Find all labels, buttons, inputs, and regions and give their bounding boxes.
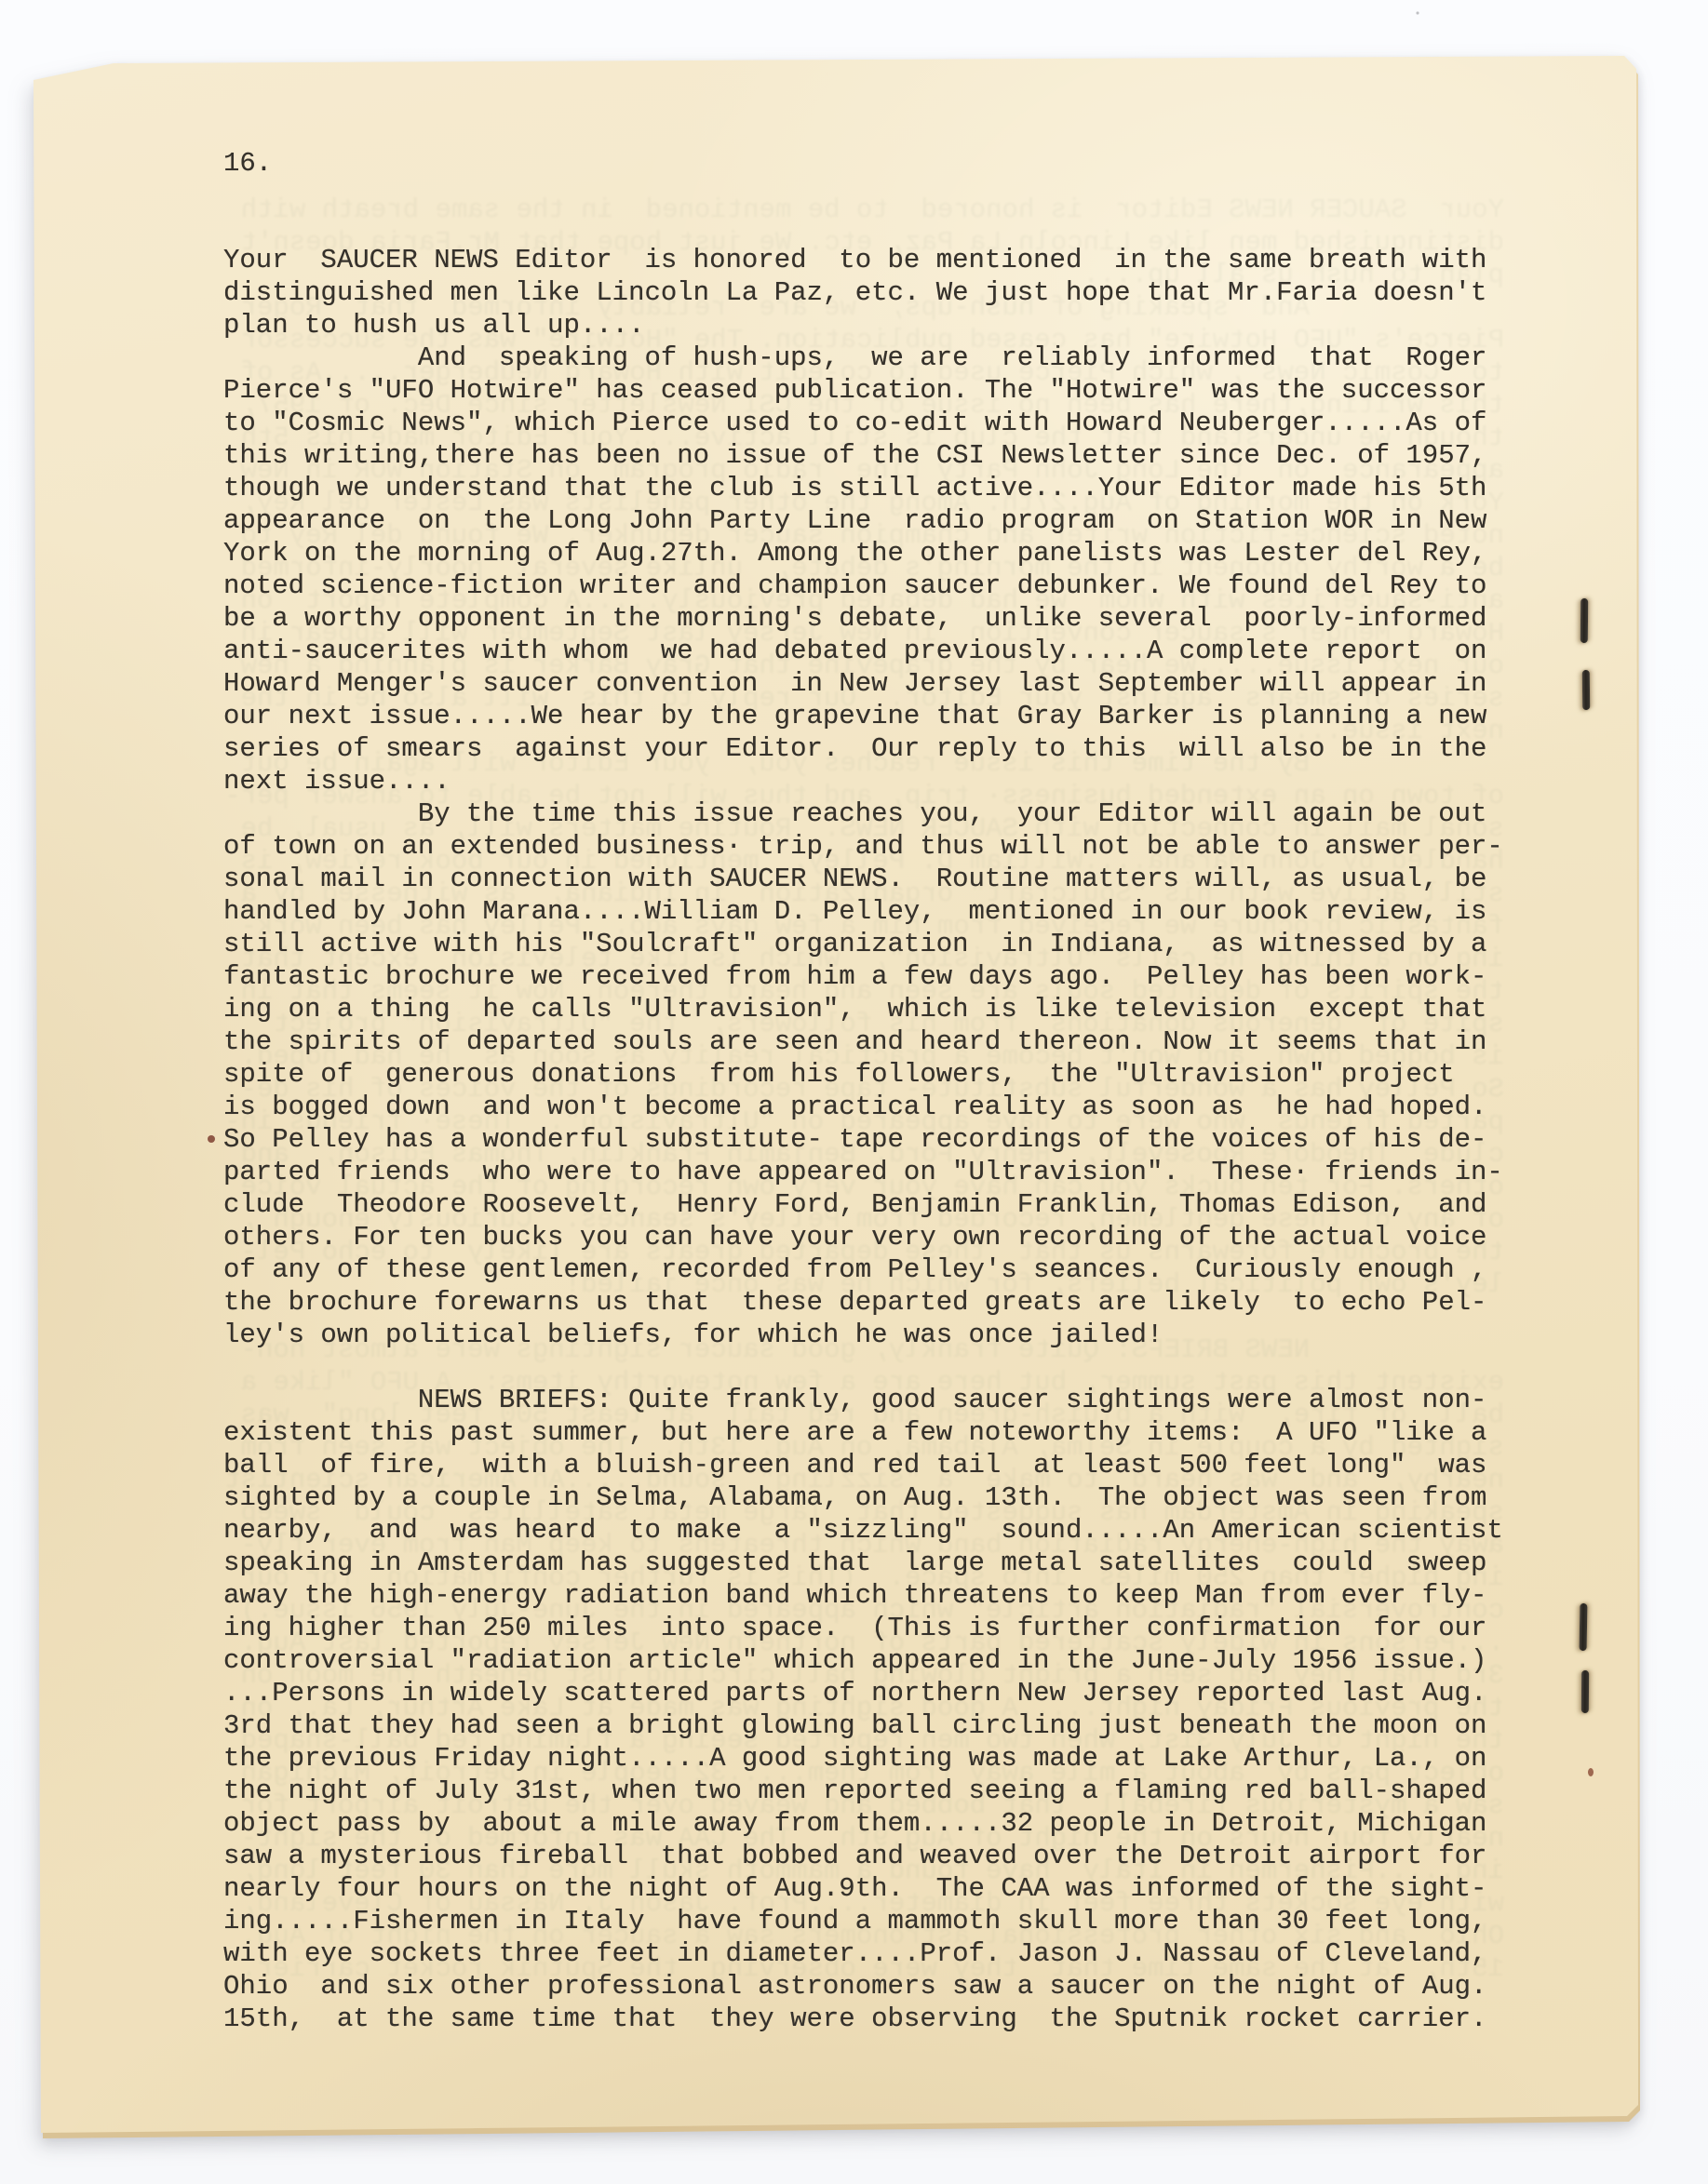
text-line: of any of these gentlemen, recorded from… (223, 1253, 1526, 1286)
red-ink-speck (1588, 1768, 1594, 1776)
text-line: sonal mail in connection with SAUCER NEW… (223, 863, 1526, 895)
text-line: still active with his "Soulcraft" organi… (223, 928, 1526, 960)
text-line: others. For ten bucks you can have your … (223, 1221, 1526, 1253)
text-line: nearly four hours on the night of Aug.9t… (223, 1872, 1526, 1905)
paragraph-3: By the time this issue reaches you, your… (223, 797, 1526, 1351)
text-line: handled by John Marana....William D. Pel… (223, 895, 1526, 928)
typed-text: Your SAUCER NEWS Editor is honored to be… (223, 244, 1526, 2035)
staple-top-upper (1580, 598, 1588, 643)
text-line: saw a mysterious fireball that bobbed an… (223, 1840, 1526, 1872)
margin-ink-dot (208, 1135, 215, 1143)
text-line: to "Cosmic News", which Pierce used to c… (223, 407, 1526, 439)
text-line: spite of generous donations from his fol… (223, 1058, 1526, 1091)
text-line: Your SAUCER NEWS Editor is honored to be… (223, 244, 1526, 276)
scanned-page-screenshot: { "document": { "page_number": "16.", "p… (0, 0, 1708, 2184)
staple-bottom-upper (1580, 1603, 1588, 1651)
text-line: parted friends who were to have appeared… (223, 1156, 1526, 1188)
text-line: anti-saucerites with whom we had debated… (223, 635, 1526, 667)
text-line: Howard Menger's saucer convention in New… (223, 667, 1526, 700)
text-line: away the high-energy radiation band whic… (223, 1579, 1526, 1612)
text-line: ing.....Fishermen in Italy have found a … (223, 1905, 1526, 1937)
text-line: fantastic brochure we received from him … (223, 960, 1526, 993)
text-line: noted science-fiction writer and champio… (223, 569, 1526, 602)
paragraph-2: And speaking of hush-ups, we are reliabl… (223, 342, 1526, 797)
text-line: is bogged down and won't become a practi… (223, 1091, 1526, 1123)
text-line: Your SAUCER NEWS Editor is honored to be… (201, 194, 1504, 226)
text-line: our next issue.....We hear by the grapev… (223, 700, 1526, 732)
text-line: though we understand that the club is st… (223, 472, 1526, 504)
text-line: object pass by about a mile away from th… (223, 1807, 1526, 1840)
staple-top-lower (1582, 670, 1590, 710)
text-line: controversial "radiation article" which … (223, 1644, 1526, 1677)
text-line: NEWS BRIEFS: Quite frankly, good saucer … (223, 1384, 1526, 1416)
paragraph-1: Your SAUCER NEWS Editor is honored to be… (223, 244, 1526, 342)
page-number: 16. (223, 147, 272, 180)
text-line: the night of July 31st, when two men rep… (223, 1775, 1526, 1807)
text-line: 15th, at the same time that they were ob… (223, 2003, 1526, 2035)
newsletter-page: Your SAUCER NEWS Editor is honored to be… (34, 54, 1638, 2133)
text-line: distinguished men like Lincoln La Paz, e… (223, 276, 1526, 309)
text-line: this writing,there has been no issue of … (223, 439, 1526, 472)
text-line: ball of fire, with a bluish-green and re… (223, 1449, 1526, 1481)
text-line: of town on an extended business· trip, a… (223, 830, 1526, 863)
text-line: By the time this issue reaches you, your… (223, 797, 1526, 830)
text-line: So Pelley has a wonderful substitute- ta… (223, 1123, 1526, 1156)
text-line: the spirits of departed souls are seen a… (223, 1025, 1526, 1058)
text-line: ing on a thing he calls "Ultravision", w… (223, 993, 1526, 1025)
text-line: ley's own political beliefs, for which h… (223, 1319, 1526, 1351)
text-line: Ohio and six other professional astronom… (223, 1970, 1526, 2003)
text-line: with eye sockets three feet in diameter.… (223, 1937, 1526, 1970)
text-line: 3rd that they had seen a bright glowing … (223, 1709, 1526, 1742)
text-line: the brochure forewarns us that these dep… (223, 1286, 1526, 1319)
text-line: clude Theodore Roosevelt, Henry Ford, Be… (223, 1188, 1526, 1221)
paragraph-4: NEWS BRIEFS: Quite frankly, good saucer … (223, 1384, 1526, 2035)
text-line: series of smears against your Editor. Ou… (223, 732, 1526, 765)
text-line: ...Persons in widely scattered parts of … (223, 1677, 1526, 1709)
text-line: next issue.... (223, 765, 1526, 797)
text-line: ing higher than 250 miles into space. (T… (223, 1612, 1526, 1644)
text-line: speaking in Amsterdam has suggested that… (223, 1547, 1526, 1579)
text-line: Pierce's "UFO Hotwire" has ceased public… (223, 374, 1526, 407)
scan-area: Your SAUCER NEWS Editor is honored to be… (0, 0, 1708, 2184)
text-line: sighted by a couple in Selma, Alabama, o… (223, 1481, 1526, 1514)
text-line: And speaking of hush-ups, we are reliabl… (223, 342, 1526, 374)
text-line: existent this past summer, but here are … (223, 1416, 1526, 1449)
text-line: the previous Friday night.....A good sig… (223, 1742, 1526, 1775)
text-line: York on the morning of Aug.27th. Among t… (223, 537, 1526, 569)
staple-bottom-lower (1581, 1670, 1589, 1713)
text-line: be a worthy opponent in the morning's de… (223, 602, 1526, 635)
text-line: plan to hush us all up.... (223, 309, 1526, 342)
text-line: nearby, and was heard to make a "sizzlin… (223, 1514, 1526, 1547)
text-line: appearance on the Long John Party Line r… (223, 504, 1526, 537)
